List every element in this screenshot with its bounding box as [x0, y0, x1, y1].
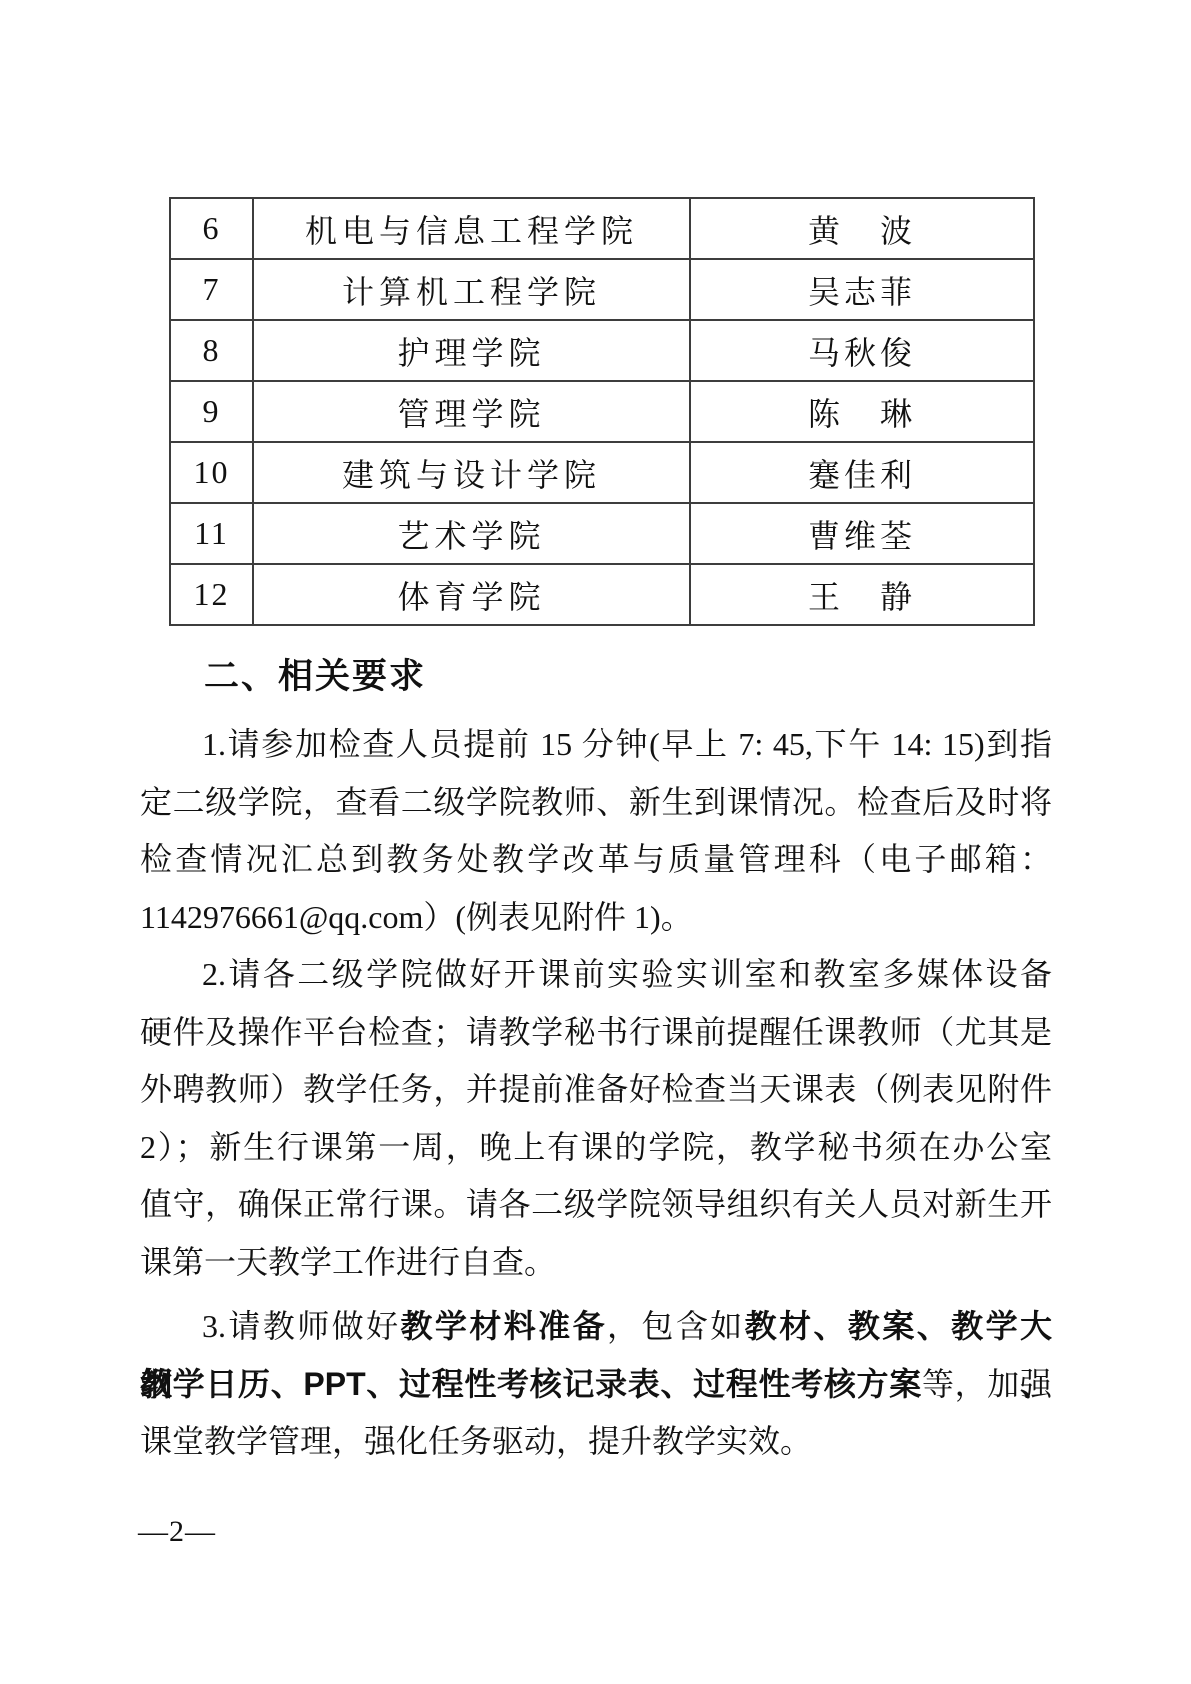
row-number-cell: 12 — [170, 564, 253, 625]
college-cell: 艺术学院 — [253, 503, 690, 564]
paragraph-2-line-4: 2）；新生行课第一周，晚上有课的学院，教学秘书须在办公室 — [140, 1119, 1052, 1177]
paragraph-1-line-3: 检查情况汇总到教务处教学改革与质量管理科（电子邮箱： — [140, 831, 1052, 889]
text-segment-bold: 教学日历、PPT、过程性考核记录表、过程性考核方案 — [140, 1366, 922, 1402]
paragraph-2-line-2: 硬件及操作平台检查；请教学秘书行课前提醒任课教师（尤其是 — [140, 1004, 1052, 1062]
college-cell: 建筑与设计学院 — [253, 442, 690, 503]
table-row: 12 体育学院 王 静 — [170, 564, 1034, 625]
row-number-cell: 9 — [170, 381, 253, 442]
inspector-name-cell: 黄 波 — [690, 198, 1034, 259]
inspector-name-cell: 曹维荃 — [690, 503, 1034, 564]
text-segment-bold: 教学材料准备 — [401, 1308, 608, 1344]
inspector-name-cell: 吴志菲 — [690, 259, 1034, 320]
row-number-cell: 7 — [170, 259, 253, 320]
college-cell: 体育学院 — [253, 564, 690, 625]
inspection-assignment-table: 6 机电与信息工程学院 黄 波 7 计算机工程学院 吴志菲 8 护理学院 马秋俊… — [169, 197, 1035, 626]
row-number-cell: 11 — [170, 503, 253, 564]
inspector-name-cell: 蹇佳利 — [690, 442, 1034, 503]
paragraph-3-line-2: 教学日历、PPT、过程性考核记录表、过程性考核方案等，加强 — [140, 1356, 1052, 1414]
table-row: 10 建筑与设计学院 蹇佳利 — [170, 442, 1034, 503]
text-segment: ，包含如 — [607, 1308, 745, 1344]
table-row: 6 机电与信息工程学院 黄 波 — [170, 198, 1034, 259]
paragraph-1-line-4: 1142976661@qq.com）(例表见附件 1)。 — [140, 889, 1052, 947]
paragraph-2-line-3: 外聘教师）教学任务，并提前准备好检查当天课表（例表见附件 — [140, 1061, 1052, 1119]
college-cell: 护理学院 — [253, 320, 690, 381]
table-row: 9 管理学院 陈 琳 — [170, 381, 1034, 442]
row-number-cell: 6 — [170, 198, 253, 259]
row-number-cell: 8 — [170, 320, 253, 381]
row-number-cell: 10 — [170, 442, 253, 503]
paragraph-3-line-3: 课堂教学管理，强化任务驱动，提升教学实效。 — [140, 1413, 1052, 1471]
table-row: 7 计算机工程学院 吴志菲 — [170, 259, 1034, 320]
college-cell: 机电与信息工程学院 — [253, 198, 690, 259]
page-number: —2— — [138, 1512, 216, 1552]
inspector-name-cell: 王 静 — [690, 564, 1034, 625]
body-text: 1.请参加检查人员提前 15 分钟(早上 7: 45,下午 14: 15)到指 … — [140, 716, 1052, 1471]
paragraph-2-line-6: 课第一天教学工作进行自查。 — [140, 1234, 1052, 1292]
college-cell: 计算机工程学院 — [253, 259, 690, 320]
inspector-name-cell: 陈 琳 — [690, 381, 1034, 442]
paragraph-2-line-1: 2.请各二级学院做好开课前实验实训室和教室多媒体设备 — [140, 946, 1052, 1004]
paragraph-1-line-2: 定二级学院，查看二级学院教师、新生到课情况。检查后及时将 — [140, 774, 1052, 832]
table-row: 11 艺术学院 曹维荃 — [170, 503, 1034, 564]
inspector-name-cell: 马秋俊 — [690, 320, 1034, 381]
text-segment: 等，加强 — [922, 1366, 1052, 1402]
college-cell: 管理学院 — [253, 381, 690, 442]
document-page: 6 机电与信息工程学院 黄 波 7 计算机工程学院 吴志菲 8 护理学院 马秋俊… — [0, 0, 1191, 1684]
text-segment: 3.请教师做好 — [202, 1308, 401, 1344]
paragraph-3-line-1: 3.请教师做好教学材料准备，包含如教材、教案、教学大纲、 — [140, 1298, 1052, 1356]
paragraph-2-line-5: 值守，确保正常行课。请各二级学院领导组织有关人员对新生开 — [140, 1176, 1052, 1234]
table-row: 8 护理学院 马秋俊 — [170, 320, 1034, 381]
section-heading: 二、相关要求 — [204, 656, 426, 698]
paragraph-1-line-1: 1.请参加检查人员提前 15 分钟(早上 7: 45,下午 14: 15)到指 — [140, 716, 1052, 774]
